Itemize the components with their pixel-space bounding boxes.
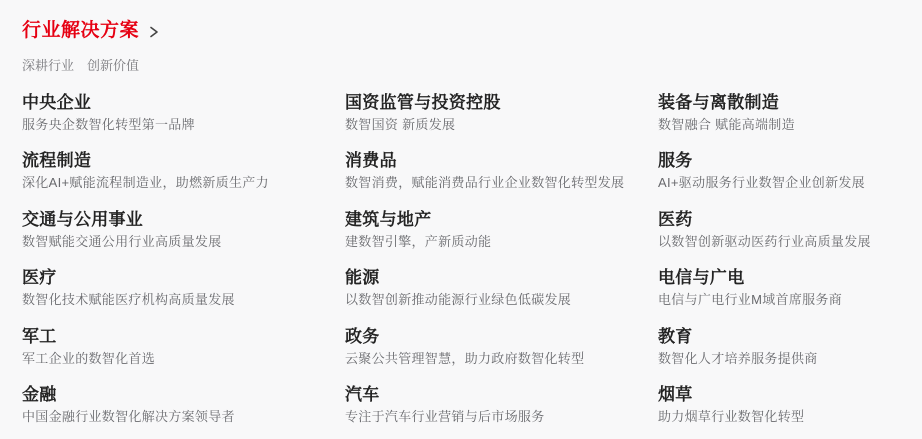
industry-desc: 服务央企数智化转型第一品牌: [22, 116, 345, 134]
industry-item-construction-real-estate[interactable]: 建筑与地产 建数智引擎，产新质动能: [345, 210, 658, 268]
industry-item-energy[interactable]: 能源 以数智创新推动能源行业绿色低碳发展: [345, 268, 658, 326]
industry-title[interactable]: 军工: [22, 327, 345, 347]
industry-item-consumer-goods[interactable]: 消费品 数智消费，赋能消费品行业企业数智化转型发展: [345, 151, 658, 209]
subtitle-left: 深耕行业: [22, 58, 74, 73]
industry-item-tobacco[interactable]: 烟草 助力烟草行业数智化转型: [658, 385, 902, 439]
industry-item-healthcare[interactable]: 医疗 数智化技术赋能医疗机构高质量发展: [22, 268, 345, 326]
industry-desc: 数智化人才培养服务提供商: [658, 350, 902, 368]
industry-title[interactable]: 政务: [345, 327, 658, 347]
industry-item-equipment-discrete-manufacturing[interactable]: 装备与离散制造 数智融合 赋能高端制造: [658, 93, 902, 151]
industry-title[interactable]: 教育: [658, 327, 902, 347]
industry-title[interactable]: 国资监管与投资控股: [345, 93, 658, 113]
industry-title[interactable]: 电信与广电: [658, 268, 902, 288]
page-title[interactable]: 行业解决方案: [22, 21, 139, 41]
industry-title[interactable]: 消费品: [345, 151, 658, 171]
industry-desc: 深化AI+赋能流程制造业，助燃新质生产力: [22, 174, 345, 192]
industry-title[interactable]: 建筑与地产: [345, 210, 658, 230]
industry-item-pharmaceuticals[interactable]: 医药 以数智创新驱动医药行业高质量发展: [658, 210, 902, 268]
industry-item-finance[interactable]: 金融 中国金融行业数智化解决方案领导者: [22, 385, 345, 439]
industry-desc: 云聚公共管理智慧，助力政府数智化转型: [345, 350, 658, 368]
industry-column-2: 国资监管与投资控股 数智国资 新质发展 消费品 数智消费，赋能消费品行业企业数智…: [345, 93, 658, 439]
industry-desc: 建数智引擎，产新质动能: [345, 233, 658, 251]
industry-desc: AI+驱动服务行业数智企业创新发展: [658, 174, 902, 192]
industry-desc: 专注于汽车行业营销与后市场服务: [345, 408, 658, 426]
industry-title[interactable]: 服务: [658, 151, 902, 171]
industry-title[interactable]: 中央企业: [22, 93, 345, 113]
chevron-right-icon: [149, 26, 159, 38]
industry-desc: 数智融合 赋能高端制造: [658, 116, 902, 134]
industry-title[interactable]: 医药: [658, 210, 902, 230]
industry-column-3: 装备与离散制造 数智融合 赋能高端制造 服务 AI+驱动服务行业数智企业创新发展…: [658, 93, 902, 439]
industry-title[interactable]: 汽车: [345, 385, 658, 405]
industry-desc: 数智化技术赋能医疗机构高质量发展: [22, 291, 345, 309]
industry-desc: 数智赋能交通公用行业高质量发展: [22, 233, 345, 251]
industry-title[interactable]: 能源: [345, 268, 658, 288]
industry-title[interactable]: 烟草: [658, 385, 902, 405]
industry-desc: 助力烟草行业数智化转型: [658, 408, 902, 426]
industry-desc: 数智国资 新质发展: [345, 116, 658, 134]
industry-desc: 数智消费，赋能消费品行业企业数智化转型发展: [345, 174, 658, 192]
industry-item-transportation-public-utilities[interactable]: 交通与公用事业 数智赋能交通公用行业高质量发展: [22, 210, 345, 268]
industry-item-telecom-broadcasting[interactable]: 电信与广电 电信与广电行业M域首席服务商: [658, 268, 902, 326]
industry-title[interactable]: 医疗: [22, 268, 345, 288]
panel-subtitle: 深耕行业创新价值: [22, 58, 902, 74]
industry-item-state-assets-investment-holding[interactable]: 国资监管与投资控股 数智国资 新质发展: [345, 93, 658, 151]
industry-desc: 军工企业的数智化首选: [22, 350, 345, 368]
industry-desc: 电信与广电行业M域首席服务商: [658, 291, 902, 309]
industry-item-government-affairs[interactable]: 政务 云聚公共管理智慧，助力政府数智化转型: [345, 327, 658, 385]
industry-title[interactable]: 装备与离散制造: [658, 93, 902, 113]
industry-desc: 以数智创新驱动医药行业高质量发展: [658, 233, 902, 251]
industry-column-1: 中央企业 服务央企数智化转型第一品牌 流程制造 深化AI+赋能流程制造业，助燃新…: [22, 93, 345, 439]
industry-item-military-industry[interactable]: 军工 军工企业的数智化首选: [22, 327, 345, 385]
industry-title[interactable]: 金融: [22, 385, 345, 405]
industry-desc: 以数智创新推动能源行业绿色低碳发展: [345, 291, 658, 309]
industry-solutions-panel: 行业解决方案 深耕行业创新价值 中央企业 服务央企数智化转型第一品牌 流程制造 …: [0, 0, 922, 439]
industry-item-central-enterprises[interactable]: 中央企业 服务央企数智化转型第一品牌: [22, 93, 345, 151]
industry-solutions-header-link[interactable]: 行业解决方案: [22, 21, 902, 41]
industry-item-education[interactable]: 教育 数智化人才培养服务提供商: [658, 327, 902, 385]
industry-item-process-manufacturing[interactable]: 流程制造 深化AI+赋能流程制造业，助燃新质生产力: [22, 151, 345, 209]
industry-title[interactable]: 流程制造: [22, 151, 345, 171]
industry-item-services[interactable]: 服务 AI+驱动服务行业数智企业创新发展: [658, 151, 902, 209]
industry-grid: 中央企业 服务央企数智化转型第一品牌 流程制造 深化AI+赋能流程制造业，助燃新…: [22, 93, 902, 439]
industry-item-automotive[interactable]: 汽车 专注于汽车行业营销与后市场服务: [345, 385, 658, 439]
subtitle-right: 创新价值: [87, 58, 139, 73]
industry-title[interactable]: 交通与公用事业: [22, 210, 345, 230]
industry-desc: 中国金融行业数智化解决方案领导者: [22, 408, 345, 426]
